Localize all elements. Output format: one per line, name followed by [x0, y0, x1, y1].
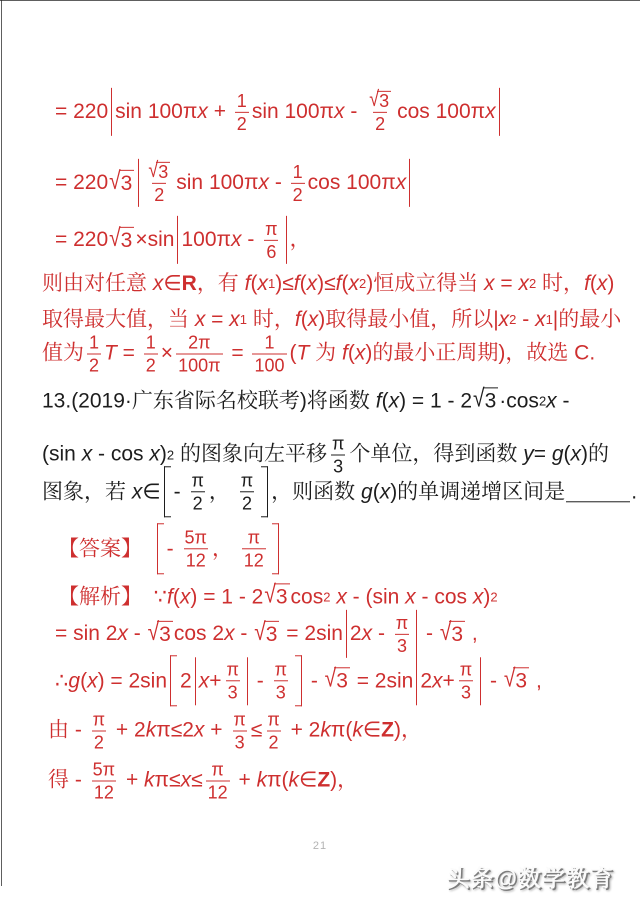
- text: - cos: [416, 584, 473, 610]
- text: ，则函数: [271, 479, 361, 505]
- variable: x: [355, 341, 366, 367]
- solution-paragraph-line-2: 取得最大值，当 x = x1 时，f(x)取得最小值，所以|x2 - x1|的最…: [42, 307, 621, 333]
- text: 3: [235, 733, 245, 753]
- text: 2: [293, 184, 303, 204]
- radical-sign: √: [264, 580, 276, 612]
- text: -: [128, 621, 147, 647]
- fraction: 1100: [252, 334, 286, 375]
- text: 3: [121, 228, 133, 251]
- fraction: 5π12: [91, 761, 117, 802]
- denominator: 2: [144, 354, 158, 375]
- denominator: 2: [240, 492, 254, 513]
- numerator: π: [91, 711, 107, 731]
- sqrt-radical: √3: [109, 226, 134, 253]
- vertical-bar: [346, 610, 347, 658]
- text: (: [373, 479, 380, 505]
- text: 2: [146, 356, 156, 376]
- text: = 220: [55, 170, 108, 196]
- text: 1: [146, 333, 156, 353]
- text: = 220: [55, 99, 108, 125]
- text: 3: [276, 585, 288, 608]
- text: 3: [121, 171, 133, 194]
- equation-line-2: = 220√3√32sin 100πx - 12cos 100πx: [55, 159, 413, 207]
- vertical-bar: [138, 159, 139, 207]
- variable: x: [597, 271, 608, 297]
- variable: x: [199, 668, 210, 694]
- square-bracket: [170, 655, 177, 706]
- text: 3: [336, 669, 348, 692]
- sqrt-radical: √3: [264, 583, 289, 610]
- text: π: [267, 710, 279, 730]
- vertical-bar: [409, 159, 410, 207]
- text: 2π: [188, 333, 210, 353]
- variable: x: [153, 271, 164, 297]
- page-border-left: [1, 0, 2, 886]
- variable: x: [334, 99, 345, 125]
- problem-13-line-3: 图象，若 x∈- π2， π2，则函数 g(x)的单调递增区间是.: [42, 466, 637, 517]
- numerator: π: [458, 661, 474, 681]
- denominator: 2: [235, 111, 249, 132]
- text: ) = 2sin: [98, 668, 167, 694]
- variable: x: [405, 584, 416, 610]
- text: 值为: [42, 341, 84, 367]
- text: 100π: [178, 356, 220, 376]
- equation-line-1: = 220sin 100πx + 12sin 100πx - √32cos 10…: [55, 88, 503, 136]
- variable: x: [117, 621, 128, 647]
- text: 12: [186, 551, 206, 571]
- text: 2: [242, 494, 252, 514]
- text: |的最小: [553, 307, 621, 333]
- text: ·cos: [499, 388, 539, 414]
- text: .: [631, 479, 637, 505]
- fraction: 12: [235, 91, 249, 132]
- denominator: 12: [206, 781, 230, 802]
- text: - cos: [92, 442, 149, 468]
- vertical-bar: [286, 216, 287, 264]
- analysis-equation-3: 由 - π2 + 2kπ≤2x + π3≤π2 + 2kπ(k∈Z)，: [48, 711, 422, 752]
- text: 2: [180, 668, 192, 694]
- analysis-equation-2: ∴g(x) = 2sin2x+π3 - π3 - √3 = 2sin2x+π3 …: [55, 655, 542, 706]
- text: (: [80, 668, 87, 694]
- text: 2: [193, 494, 203, 514]
- variable: g: [68, 668, 80, 694]
- text: (sin: [42, 442, 82, 468]
- text: 5π: [185, 528, 207, 548]
- numerator: π: [263, 219, 279, 239]
- text: 2: [94, 733, 104, 753]
- numerator: π: [265, 711, 281, 731]
- text: ∈: [299, 768, 317, 794]
- denominator: 2: [92, 731, 106, 752]
- text: π: [396, 612, 408, 632]
- text: ，: [209, 479, 236, 505]
- fraction: π2: [91, 711, 107, 752]
- fraction: π12: [242, 529, 266, 570]
- variable: x: [149, 442, 160, 468]
- numerator: 1: [87, 334, 101, 354]
- variable: x: [132, 479, 143, 505]
- variable: k: [352, 718, 363, 744]
- text: 1: [89, 333, 99, 353]
- variable: x: [485, 99, 496, 125]
- text: ∈: [363, 718, 381, 744]
- numerator: π: [239, 472, 255, 492]
- text: -: [174, 479, 187, 505]
- denominator: 12: [92, 781, 116, 802]
- denominator: 3: [395, 633, 409, 654]
- text: +: [204, 718, 228, 744]
- variable: x: [194, 718, 205, 744]
- text: )的单调递增区间是: [390, 479, 565, 505]
- numerator: 1: [144, 334, 158, 354]
- text: +: [120, 768, 144, 794]
- text: π: [226, 660, 238, 680]
- numerator: π: [246, 529, 262, 549]
- text: ∈: [142, 479, 160, 505]
- text: )≤: [275, 271, 294, 297]
- numerator: π: [209, 761, 225, 781]
- text: 2: [269, 733, 279, 753]
- text: )≤: [317, 271, 336, 297]
- text: =: [226, 341, 250, 367]
- text: 取得最大值，当: [42, 307, 195, 333]
- text: + 2: [285, 718, 321, 744]
- problem-13-line-1: 13.(2019·广东省际名校联考)将函数 f(x) = 1 - 2√3·cos…: [42, 387, 570, 414]
- variable: k: [146, 718, 157, 744]
- fraction: 12: [291, 162, 305, 203]
- answer-blank: [566, 482, 630, 503]
- text: =: [205, 307, 229, 333]
- text: -: [235, 621, 254, 647]
- page-number: 21: [0, 840, 640, 852]
- text: 3: [276, 683, 286, 703]
- variable: x: [307, 271, 318, 297]
- text: 100: [254, 356, 284, 376]
- numerator: 1: [291, 162, 305, 182]
- text: 3: [515, 669, 527, 692]
- variable: x: [348, 271, 359, 297]
- variable: T: [297, 341, 310, 367]
- variable: x: [389, 388, 400, 414]
- square-bracket: [295, 655, 302, 706]
- text: +: [209, 668, 221, 694]
- text: 2: [237, 113, 247, 133]
- variable: x: [82, 442, 93, 468]
- text: ，: [290, 227, 311, 253]
- variable: x: [362, 621, 373, 647]
- denominator: 2: [291, 182, 305, 203]
- text: π(: [267, 768, 288, 794]
- text: 3: [159, 622, 171, 645]
- numerator: √3: [145, 162, 173, 183]
- variable: x: [432, 668, 443, 694]
- variable: x: [518, 271, 529, 297]
- vertical-bar: [416, 657, 417, 705]
- text: sin 100π: [176, 170, 258, 196]
- text: π(: [331, 718, 352, 744]
- text: 5π: [93, 760, 115, 780]
- vertical-bar: [416, 610, 417, 658]
- text: ∴: [55, 668, 68, 694]
- variable: g: [361, 479, 373, 505]
- text: -: [269, 170, 288, 196]
- text: (: [290, 341, 297, 367]
- sqrt-radical: √3: [369, 91, 391, 110]
- numerator: 1: [262, 334, 276, 354]
- radical-sign: √: [254, 617, 266, 649]
- text: - (sin: [347, 584, 405, 610]
- fraction: 12: [144, 334, 158, 375]
- text: 3: [266, 622, 278, 645]
- text: )，: [330, 768, 358, 794]
- text: 则由对任意: [42, 271, 153, 297]
- vertical-bar: [480, 657, 481, 705]
- text: 3: [379, 91, 389, 111]
- radical-sign: √: [473, 384, 485, 416]
- radical-sign: √: [109, 166, 121, 198]
- radical-sign: √: [109, 223, 121, 255]
- text: ) = 1 - 2: [190, 584, 263, 610]
- text: =: [534, 442, 552, 468]
- text: ×sin: [135, 227, 174, 253]
- text: π≤2: [156, 718, 194, 744]
- fraction: π2: [239, 472, 255, 513]
- text: 1: [237, 90, 247, 110]
- fraction: π2: [265, 711, 281, 752]
- text: sin 100π: [115, 99, 197, 125]
- denominator: 2: [373, 112, 387, 133]
- text: ): [607, 271, 614, 297]
- fraction: √32: [145, 162, 173, 204]
- text: ,: [530, 668, 542, 694]
- variable: x: [499, 307, 510, 333]
- solution-paragraph-line-1: 则由对任意 x∈R，有 f(x1)≤f(x)≤f(x2)恒成立得当 x = x2…: [42, 271, 614, 297]
- variable: x: [546, 388, 557, 414]
- text: -: [345, 99, 364, 125]
- variable: x: [308, 307, 319, 333]
- text: 6: [266, 241, 276, 261]
- numerator: π: [394, 613, 410, 633]
- text: 1: [264, 333, 274, 353]
- text: = 2sin: [351, 668, 413, 694]
- text: ∈: [163, 271, 181, 297]
- text: +: [208, 99, 232, 125]
- text: π: [248, 528, 260, 548]
- text: 3: [158, 162, 168, 182]
- text: ): [160, 442, 167, 468]
- text: 100π: [181, 227, 231, 253]
- sqrt-radical: √3: [254, 620, 279, 647]
- variable: k: [320, 718, 331, 744]
- analysis-equation-1: = sin 2x - √3cos 2x - √3 = 2sin2x - π3 -…: [55, 610, 478, 658]
- sqrt-radical: √3: [109, 169, 134, 196]
- fraction: π3: [394, 613, 410, 654]
- text: sin 100π: [252, 99, 334, 125]
- fraction: π3: [458, 661, 474, 702]
- fraction: π6: [263, 219, 279, 260]
- radical-sign: √: [369, 88, 379, 110]
- vertical-bar: [247, 657, 248, 705]
- radical-sign: √: [325, 664, 337, 696]
- vertical-bar: [195, 657, 196, 705]
- sqrt-radical: √3: [473, 387, 498, 414]
- text: 个单位，得到函数: [349, 442, 523, 468]
- vertical-bar: [177, 216, 178, 264]
- bold-symbol: R: [182, 271, 197, 297]
- text: 2: [350, 621, 362, 647]
- bold-symbol: Z: [381, 718, 394, 744]
- text: ) = 1 - 2: [399, 388, 472, 414]
- text: -: [484, 668, 503, 694]
- variable: x: [195, 307, 206, 333]
- text: cos 2: [174, 621, 224, 647]
- answer-line: 【答案】 - 5π12， π12: [58, 523, 282, 574]
- text: 3: [485, 389, 497, 412]
- solution-paragraph-line-3: 值为12T = 12×2π100π = 1100(T 为 f(x)的最小正周期)…: [42, 334, 595, 375]
- watermark: 头条@数学教育: [447, 860, 614, 893]
- text: 3: [451, 622, 463, 645]
- text: 【解析】 ∵: [58, 584, 167, 610]
- sqrt-radical: √3: [325, 667, 350, 694]
- denominator: 2: [152, 183, 166, 204]
- text: 由 -: [48, 718, 88, 744]
- text: 2: [89, 356, 99, 376]
- text: =: [495, 271, 519, 297]
- square-bracket: [157, 523, 164, 574]
- text: cos 100π: [397, 99, 485, 125]
- denominator: 12: [242, 549, 266, 570]
- text: 12: [244, 551, 264, 571]
- variable: x: [231, 227, 242, 253]
- variable: k: [289, 768, 300, 794]
- text: -: [242, 227, 261, 253]
- text: π: [191, 471, 203, 491]
- denominator: 3: [226, 681, 240, 702]
- fraction: 12: [87, 334, 101, 375]
- text: )恒成立得当: [366, 271, 484, 297]
- text: (: [382, 388, 389, 414]
- fraction: π12: [206, 761, 230, 802]
- denominator: 100: [252, 354, 286, 375]
- text: π: [211, 760, 223, 780]
- text: 12: [94, 783, 114, 803]
- text: π: [93, 710, 105, 730]
- numerator: π: [224, 661, 240, 681]
- radical-sign: √: [148, 617, 160, 649]
- text: =: [117, 341, 141, 367]
- text: 3: [228, 683, 238, 703]
- text: (: [300, 271, 307, 297]
- radical-sign: √: [148, 159, 158, 181]
- denominator: 6: [264, 239, 278, 260]
- fraction: π3: [231, 711, 247, 752]
- vertical-bar: [499, 88, 500, 136]
- text: ,: [466, 621, 478, 647]
- sqrt-radical: √3: [148, 620, 173, 647]
- variable: x: [224, 621, 235, 647]
- variable: y: [523, 442, 534, 468]
- text: π: [275, 660, 287, 680]
- text: (: [251, 271, 258, 297]
- denominator: 12: [184, 549, 208, 570]
- text: 时，: [247, 307, 295, 333]
- text: cos: [291, 584, 324, 610]
- text: (: [173, 584, 180, 610]
- text: ，: [212, 536, 239, 562]
- text: -: [557, 388, 570, 414]
- numerator: π: [330, 435, 346, 455]
- text: 为: [309, 341, 342, 367]
- variable: x: [181, 768, 192, 794]
- text: (: [590, 271, 597, 297]
- sqrt-radical: √3: [148, 162, 170, 181]
- text: (: [348, 341, 355, 367]
- text: π: [332, 434, 344, 454]
- numerator: 1: [235, 91, 249, 111]
- variable: k: [144, 768, 155, 794]
- text: 2: [420, 668, 432, 694]
- variable: x: [484, 271, 495, 297]
- equation-line-3: = 220√3×sin100πx - π6，: [55, 216, 311, 264]
- text: 12: [208, 783, 228, 803]
- bold-symbol: Z: [317, 768, 330, 794]
- variable: x: [380, 479, 391, 505]
- denominator: 2: [191, 492, 205, 513]
- numerator: π: [273, 661, 289, 681]
- text: )的: [581, 442, 609, 468]
- analysis-line: 【解析】 ∵f(x) = 1 - 2√3cos2 x - (sin x - co…: [58, 583, 498, 610]
- fraction: 2π100π: [176, 334, 222, 375]
- text: 的图象向左平移: [174, 442, 327, 468]
- fraction: π3: [273, 661, 289, 702]
- text: 【答案】: [58, 536, 154, 562]
- text: -: [167, 536, 180, 562]
- variable: x: [396, 170, 407, 196]
- text: 得 -: [48, 768, 88, 794]
- text: cos 100π: [308, 170, 396, 196]
- text: 3: [397, 635, 407, 655]
- text: -: [516, 307, 535, 333]
- text: (: [301, 307, 308, 333]
- numerator: √3: [366, 91, 394, 112]
- variable: T: [104, 341, 117, 367]
- text: ×: [161, 341, 173, 367]
- square-bracket: [272, 523, 279, 574]
- text: -: [420, 621, 439, 647]
- text: -: [251, 668, 270, 694]
- fraction: √32: [366, 91, 394, 133]
- text: π: [460, 660, 472, 680]
- denominator: 100π: [176, 354, 222, 375]
- numerator: 5π: [91, 761, 117, 781]
- denominator: 3: [459, 681, 473, 702]
- variable: k: [257, 768, 268, 794]
- vertical-bar: [111, 88, 112, 136]
- text: π: [265, 218, 277, 238]
- variable: x: [258, 271, 269, 297]
- text: )取得最小值，所以|: [318, 307, 498, 333]
- variable: x: [197, 99, 208, 125]
- variable: x: [473, 584, 484, 610]
- denominator: 2: [87, 354, 101, 375]
- variable: x: [571, 442, 582, 468]
- text: -: [305, 668, 324, 694]
- text: = sin 2: [55, 621, 117, 647]
- text: π≤: [155, 768, 181, 794]
- numerator: 2π: [186, 334, 212, 354]
- text: +: [233, 768, 257, 794]
- text: ，有: [197, 271, 245, 297]
